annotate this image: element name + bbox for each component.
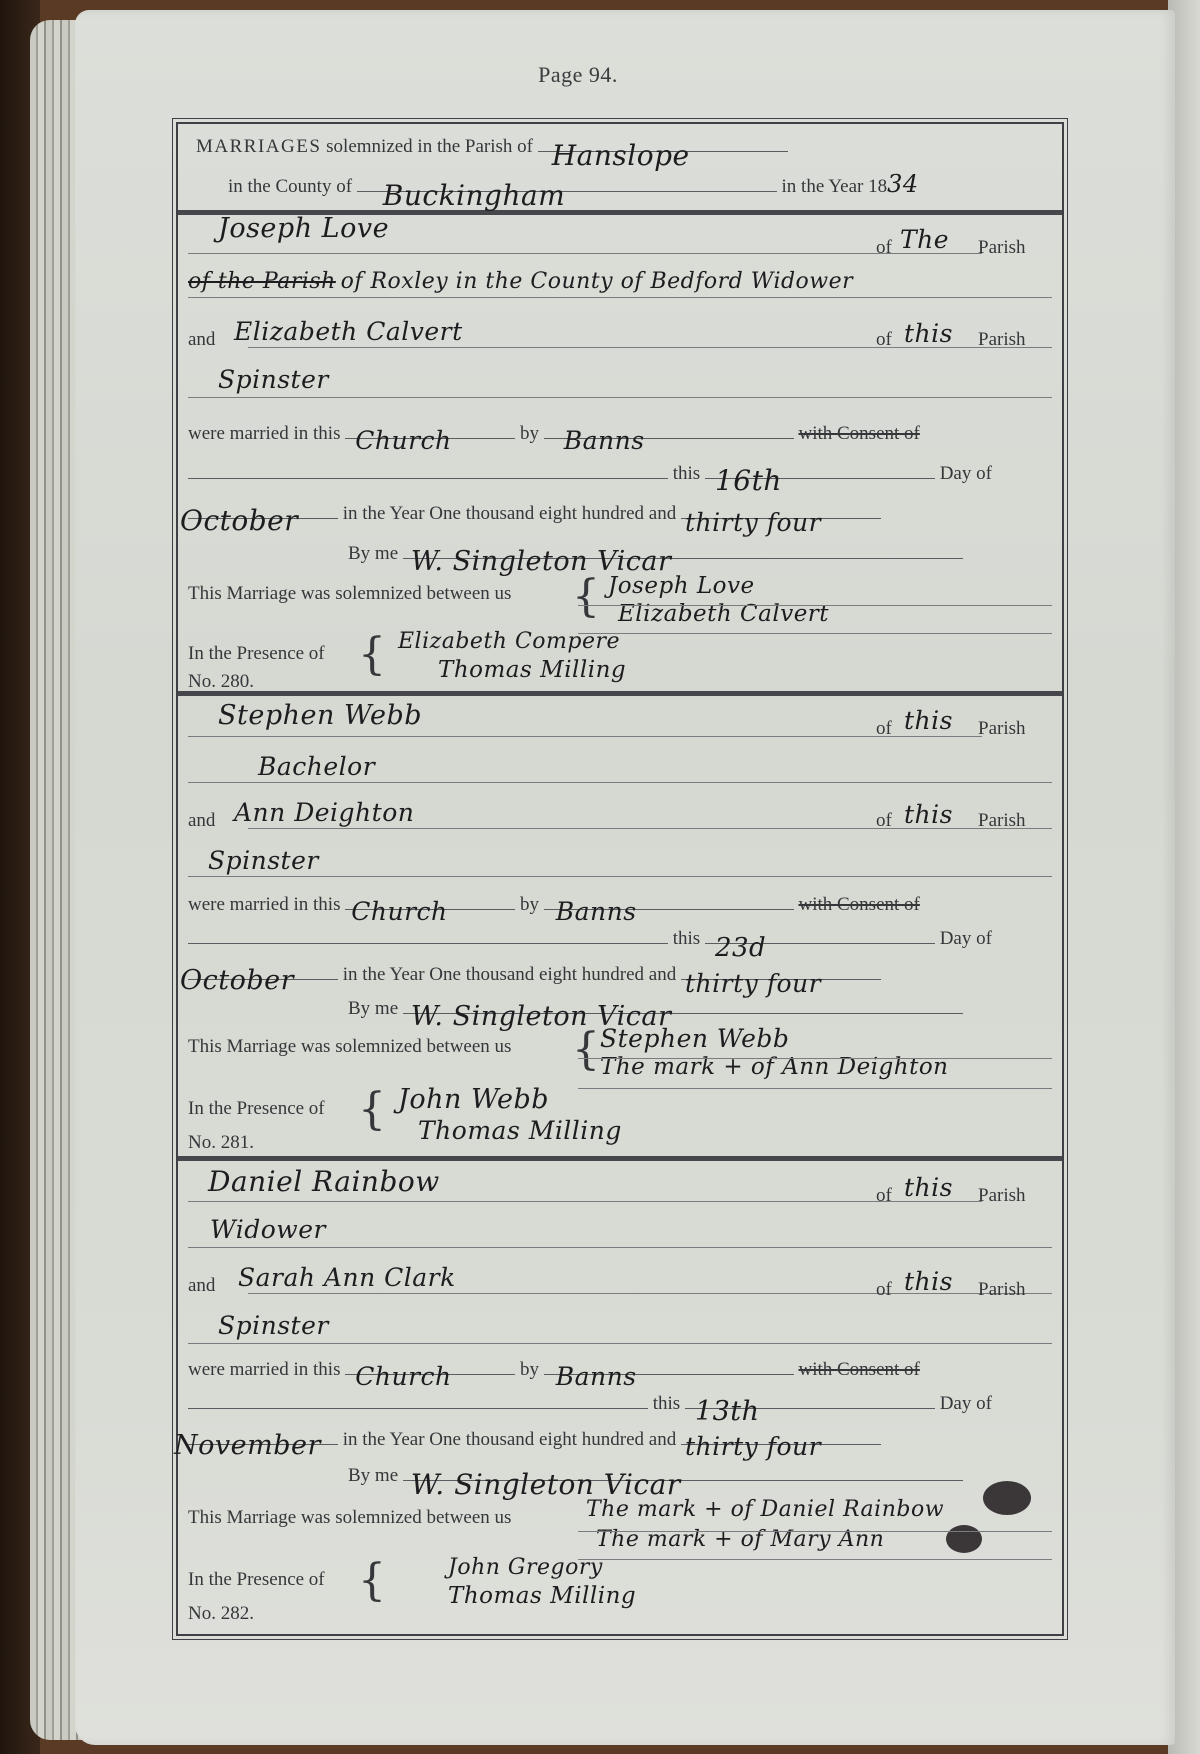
of-label: of (876, 810, 892, 832)
year-phrase: in the Year One thousand eight hundred a… (343, 1429, 677, 1450)
signatures-row: This Marriage was solemnized between us … (188, 583, 1052, 605)
groom-status: Bachelor (258, 752, 375, 781)
ink-blot (946, 1525, 982, 1553)
solemnized-label: This Marriage was solemnized between us (188, 1507, 511, 1528)
day-value: 23d (715, 933, 766, 963)
by-label: by (520, 423, 539, 444)
day-value: 13th (695, 1396, 760, 1427)
by-label: by (520, 1359, 539, 1380)
marriage-entry-281: Stephen Webb of this Parish Bachelor and… (178, 696, 1062, 1161)
brace: { (572, 1040, 600, 1060)
with-consent-label: with Consent of (798, 1359, 919, 1380)
parish-label: Parish (978, 329, 1026, 351)
groom-status: Widower (210, 1215, 326, 1244)
of-label: of (876, 1279, 892, 1301)
presence-label: In the Presence of (188, 1098, 325, 1119)
groom-signature: Joseph Love (608, 573, 755, 599)
rule (188, 1201, 982, 1202)
ink-blot (983, 1481, 1031, 1515)
rule (578, 1559, 1052, 1560)
month-value: November (174, 1430, 321, 1461)
rule (188, 1247, 1052, 1248)
year-row: October in the Year One thousand eight h… (188, 503, 1052, 525)
header-title-rest: solemnized in the Parish of (326, 136, 533, 157)
rule (188, 1343, 1052, 1344)
married-in-label: were married in this (188, 423, 340, 444)
marriage-register-form: MARRIAGES solemnized in the Parish of Ha… (176, 122, 1064, 1636)
groom-extra-struck: of the Parish (188, 269, 336, 294)
county-value: Buckingham (383, 179, 565, 212)
witnesses-row: In the Presence of { Elizabeth Compere T… (188, 643, 1052, 665)
blank (188, 943, 668, 944)
witnesses-row: In the Presence of { John Gregory Thomas… (188, 1569, 1052, 1591)
witness-1: John Gregory (448, 1555, 603, 1580)
day-field: 16th (705, 478, 935, 479)
and-label: and (188, 810, 215, 832)
place-value: Church (355, 426, 451, 455)
witness-1: Elizabeth Compere (398, 629, 620, 654)
officiant-field: W. Singleton Vicar (403, 1013, 963, 1014)
groom-parish: this (904, 1173, 953, 1202)
month-field: October (188, 979, 338, 980)
bride-status: Spinster (208, 846, 319, 875)
bride-parish: this (904, 1267, 953, 1296)
by-value: Banns (564, 426, 645, 455)
rule (188, 397, 1052, 398)
month-value: October (180, 965, 294, 996)
officiant-row: By me W. Singleton Vicar (348, 998, 1052, 1020)
this-label: this (653, 1393, 680, 1414)
marriage-entry-282: Daniel Rainbow of this Parish Widower an… (178, 1161, 1062, 1631)
rule (188, 782, 1052, 783)
year-words-value: thirty four (685, 1432, 821, 1461)
ceremony-row: were married in this Church by Banns wit… (188, 894, 1052, 916)
marriage-entry-280: Joseph Love of The Parish of the Parish … (178, 215, 1062, 696)
day-field: 13th (685, 1408, 935, 1409)
date-row: this 16th Day of (188, 463, 1052, 485)
groom-parish: The (900, 225, 949, 254)
date-row: this 23d Day of (188, 928, 1052, 950)
groom-extra: of Roxley in the County of Bedford Widow… (341, 269, 854, 294)
groom-name: Daniel Rainbow (208, 1165, 440, 1198)
blank (188, 1408, 648, 1409)
year-phrase: in the Year One thousand eight hundred a… (343, 503, 677, 524)
county-label: in the County of (228, 176, 352, 197)
ceremony-row: were married in this Church by Banns wit… (188, 1359, 1052, 1381)
rule (578, 1058, 1052, 1059)
bride-name: Ann Deighton (234, 798, 414, 827)
officiant-field: W. Singleton Vicar (403, 558, 963, 559)
entry-number: No. 282. (188, 1603, 1052, 1625)
this-label: this (673, 928, 700, 949)
header-line-2: in the County of Buckingham in the Year … (228, 170, 919, 198)
year-row: November in the Year One thousand eight … (188, 1429, 1052, 1451)
day-of-label: Day of (940, 463, 992, 484)
solemnized-label: This Marriage was solemnized between us (188, 583, 511, 604)
brace: { (358, 1571, 386, 1591)
header-line-1: MARRIAGES solemnized in the Parish of Ha… (196, 136, 788, 158)
groom-mark: The mark + of Daniel Rainbow (586, 1497, 944, 1522)
day-value: 16th (715, 464, 782, 497)
presence-label: In the Presence of (188, 643, 325, 664)
place-field: Church (345, 909, 515, 910)
register-header: MARRIAGES solemnized in the Parish of Ha… (178, 124, 1062, 215)
day-of-label: Day of (940, 1393, 992, 1414)
signatures-row: This Marriage was solemnized between us … (188, 1507, 1052, 1529)
groom-signature: Stephen Webb (600, 1024, 789, 1053)
year-words-field: thirty four (681, 1444, 881, 1445)
month-field: November (188, 1444, 338, 1445)
groom-extra-row: of the Parish of Roxley in the County of… (188, 269, 1052, 294)
parish-label: Parish (978, 1279, 1026, 1301)
of-label: of (876, 718, 892, 740)
day-of-label: Day of (940, 928, 992, 949)
by-me-label: By me (348, 1465, 398, 1486)
place-field: Church (345, 1374, 515, 1375)
bride-name: Elizabeth Calvert (234, 317, 463, 346)
bride-parish: this (904, 319, 953, 348)
witnesses-row: In the Presence of { John Webb Thomas Mi… (188, 1098, 1052, 1120)
entry-number: No. 281. (188, 1132, 1052, 1154)
by-value: Banns (556, 897, 637, 926)
place-value: Church (355, 1362, 451, 1391)
groom-name: Stephen Webb (218, 700, 422, 731)
place-field: Church (345, 438, 515, 439)
rule (188, 297, 1052, 298)
year-phrase: in the Year One thousand eight hundred a… (343, 964, 677, 985)
solemnized-label: This Marriage was solemnized between us (188, 1036, 511, 1057)
header-title-caps: MARRIAGES (196, 136, 321, 157)
parish-label: Parish (978, 1185, 1026, 1207)
year-suffix: 34 (887, 170, 919, 198)
year-words-field: thirty four (681, 979, 881, 980)
parish-field: Hanslope (538, 151, 788, 152)
witness-1: John Webb (398, 1084, 549, 1115)
year-words-field: thirty four (681, 518, 881, 519)
signatures-row: This Marriage was solemnized between us … (188, 1036, 1052, 1058)
blank (188, 478, 668, 479)
of-label: of (876, 237, 892, 259)
date-row: this 13th Day of (188, 1393, 1052, 1415)
place-value: Church (351, 897, 447, 926)
parish-label: Parish (978, 237, 1026, 259)
by-field: Banns (544, 1374, 794, 1375)
married-in-label: were married in this (188, 1359, 340, 1380)
brace: { (358, 645, 386, 665)
month-field: October (188, 518, 338, 519)
county-field: Buckingham (357, 191, 777, 192)
rule (188, 253, 982, 254)
groom-name: Joseph Love (218, 213, 389, 244)
rule (188, 876, 1052, 877)
brace: { (572, 587, 600, 607)
month-value: October (180, 504, 298, 537)
of-label: of (876, 329, 892, 351)
by-me-label: By me (348, 998, 398, 1019)
rule (188, 736, 982, 737)
bride-status: Spinster (218, 1311, 329, 1340)
rule (578, 1088, 1052, 1089)
this-label: this (673, 463, 700, 484)
year-words-value: thirty four (685, 969, 821, 998)
bride-parish: this (904, 800, 953, 829)
by-field: Banns (544, 909, 794, 910)
bride-name: Sarah Ann Clark (238, 1263, 456, 1292)
brace: { (358, 1100, 386, 1120)
parish-label: Parish (978, 718, 1026, 740)
parish-label: Parish (978, 810, 1026, 832)
officiant-row: By me W. Singleton Vicar (348, 1465, 1052, 1487)
year-words-value: thirty four (685, 508, 821, 537)
entry-number: No. 280. (188, 671, 1052, 693)
year-label: in the Year 18 (782, 176, 888, 197)
officiant-row: By me W. Singleton Vicar (348, 543, 1052, 565)
by-field: Banns (544, 438, 794, 439)
presence-label: In the Presence of (188, 1569, 325, 1590)
and-label: and (188, 329, 215, 351)
day-field: 23d (705, 943, 935, 944)
by-value: Banns (556, 1362, 637, 1391)
bride-status: Spinster (218, 365, 329, 394)
officiant-field: W. Singleton Vicar (403, 1480, 963, 1481)
of-label: of (876, 1185, 892, 1207)
page-number: Page 94. (0, 62, 1200, 88)
groom-parish: this (904, 706, 953, 735)
rule (578, 633, 1052, 634)
and-label: and (188, 1275, 215, 1297)
year-row: October in the Year One thousand eight h… (188, 964, 1052, 986)
by-me-label: By me (348, 543, 398, 564)
ceremony-row: were married in this Church by Banns wit… (188, 423, 1052, 445)
by-label: by (520, 894, 539, 915)
rule (578, 1531, 1052, 1532)
parish-value: Hanslope (552, 139, 690, 172)
rule (578, 605, 1052, 606)
with-consent-label: with Consent of (798, 423, 919, 444)
married-in-label: were married in this (188, 894, 340, 915)
with-consent-label: with Consent of (798, 894, 919, 915)
